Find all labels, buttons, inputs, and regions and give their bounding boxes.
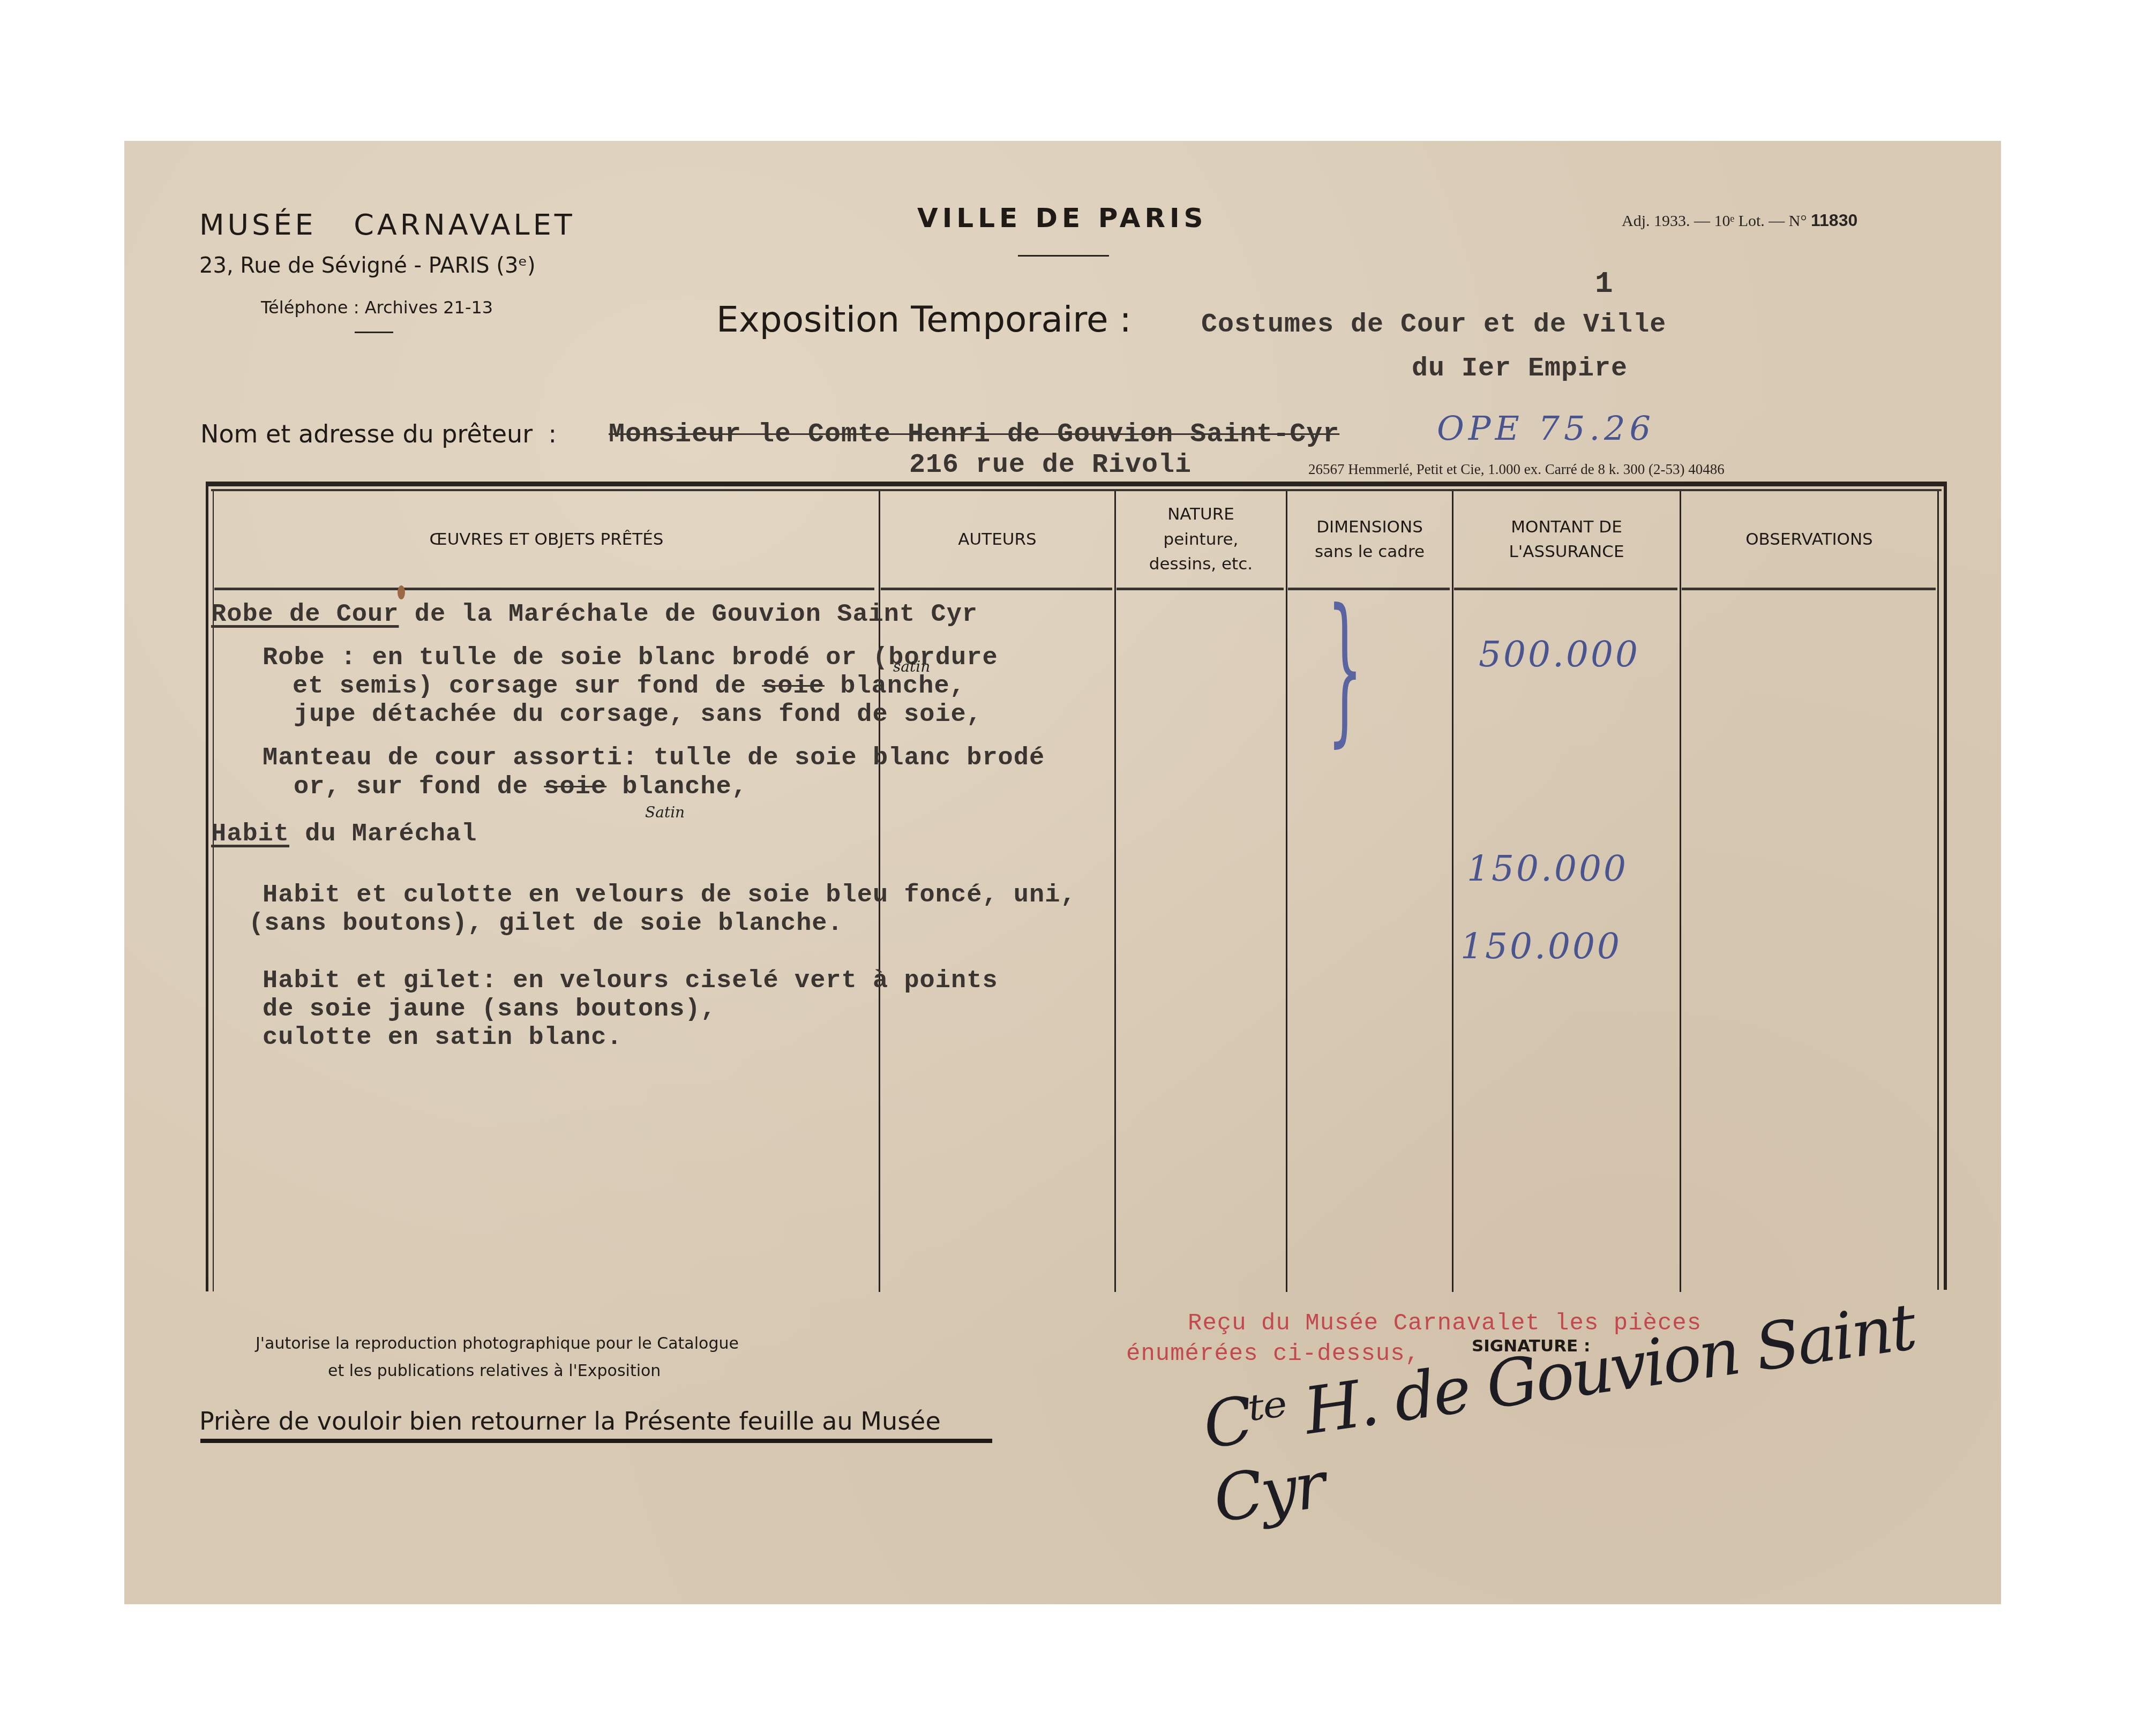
insurance-amount-habit-bleu: 150.000 (1467, 848, 1628, 889)
header-row-rule (1288, 588, 1450, 590)
header-row-rule (214, 588, 874, 590)
item-robe-line2: et semis) corsage sur fond de soie blanc… (293, 671, 965, 702)
section-heading-habit: Habit du Maréchal (211, 819, 477, 850)
item-habit-vert-line1: Habit et gilet: en velours ciselé vert à… (263, 966, 998, 997)
handwritten-correction-satin: satin (893, 658, 930, 675)
item-robe-line3: jupe détachée du corsage, sans fond de s… (294, 700, 982, 731)
header-row-rule (881, 588, 1112, 590)
lot-info-prefix: Adj. 1933. — 10ᵉ Lot. — N° (1622, 212, 1807, 230)
authorization-line1: J'autorise la reproduction photographiqu… (256, 1334, 739, 1353)
table-right-border (1944, 484, 1947, 1290)
lot-info: Adj. 1933. — 10ᵉ Lot. — N° 11830 (1622, 211, 1857, 230)
column-divider (1114, 491, 1116, 1292)
exposition-title-line1: Costumes de Cour et de Ville (1201, 310, 1666, 340)
receipt-line2: énumérées ci-dessus, (1126, 1341, 1420, 1367)
column-header-works: ŒUVRES ET OBJETS PRÊTÉS (214, 491, 879, 588)
column-divider (1452, 491, 1453, 1292)
printer-imprint: 26567 Hemmerlé, Petit et Cie, 1.000 ex. … (1308, 461, 1725, 478)
table-right-inner-border (1937, 491, 1939, 1290)
item-robe-line1: Robe : en tulle de soie blanc brodé or (… (263, 643, 998, 674)
loan-form-sheet: MUSÉE CARNAVALET 23, Rue de Sévigné - PA… (124, 141, 2001, 1604)
column-divider (1286, 491, 1287, 1292)
insurance-amount-robe: 500.000 (1479, 634, 1640, 675)
item-habit-vert-line2: de soie jaune (sans boutons), (263, 994, 716, 1025)
item-manteau-line1: Manteau de cour assorti: tulle de soie b… (263, 743, 1045, 774)
column-header-observations: OBSERVATIONS (1681, 491, 1937, 588)
column-header-authors: AUTEURS (880, 491, 1114, 588)
item-manteau-line2: or, sur fond de soie blanche, (294, 772, 747, 803)
table-left-border (206, 484, 208, 1291)
sequence-number: 1 (1595, 267, 1614, 301)
lender-handwritten-code: OPE 75.26 (1437, 409, 1655, 448)
dimensions-brace-mark: } (1327, 575, 1363, 762)
column-header-insurance: MONTANT DE L'ASSURANCE (1453, 491, 1680, 588)
lender-label: Nom et adresse du prêteur : (200, 419, 557, 448)
exposition-label: Exposition Temporaire : (716, 299, 1132, 340)
exposition-title-line2: du Ier Empire (1412, 354, 1628, 384)
return-notice-underline (200, 1439, 992, 1443)
header-row-rule (1117, 588, 1284, 590)
paper-stain (398, 585, 405, 599)
header-row-rule (1454, 588, 1677, 590)
museum-telephone: Téléphone : Archives 21-13 (261, 297, 493, 318)
museum-address: 23, Rue de Sévigné - PARIS (3ᵉ) (199, 253, 536, 278)
header-row-rule (1682, 588, 1936, 590)
table-top-border (206, 482, 1947, 486)
lot-number: 11830 (1811, 211, 1857, 230)
item-habit-bleu-line1: Habit et culotte en velours de soie bleu… (263, 880, 1076, 911)
authorization-line2: et les publications relatives à l'Exposi… (328, 1362, 661, 1380)
column-header-nature: NATURE peinture, dessins, etc. (1116, 491, 1286, 588)
item-habit-vert-line3: culotte en satin blanc. (263, 1023, 623, 1054)
museum-name: MUSÉE CARNAVALET (199, 208, 575, 242)
lender-name: Monsieur le Comte Henri de Gouvion Saint… (609, 419, 1339, 450)
section-heading-robe: Robe de Cour de la Maréchale de Gouvion … (211, 599, 978, 630)
item-habit-bleu-line2: (sans boutons), gilet de soie blanche. (249, 908, 843, 940)
insurance-amount-habit-vert: 150.000 (1460, 926, 1622, 967)
header-divider-left (355, 332, 393, 333)
handwritten-correction-satin: Satin (645, 803, 685, 821)
return-notice: Prière de vouloir bien retourner la Prés… (199, 1407, 941, 1436)
column-header-dimensions: DIMENSIONS sans le cadre (1287, 491, 1452, 588)
city-heading: VILLE DE PARIS (917, 202, 1208, 234)
lender-address: 216 rue de Rivoli (909, 450, 1192, 480)
header-divider-center (1018, 255, 1109, 257)
column-divider (1680, 491, 1681, 1292)
